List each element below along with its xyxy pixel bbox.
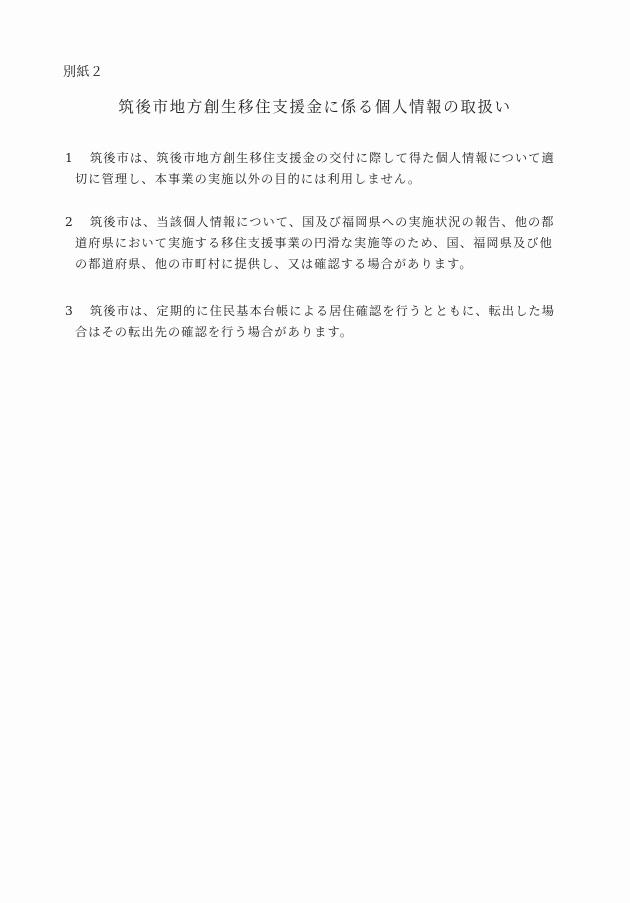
- item-line: 1筑後市は、筑後市地方創生移住支援金の交付に際して得た個人情報について適: [63, 148, 563, 169]
- item-number: 2: [63, 212, 90, 233]
- item-line: 合はその転出先の確認を行う場合があります。: [63, 322, 563, 343]
- item-text: 筑後市は、筑後市地方創生移住支援金の交付に際して得た個人情報について適: [90, 151, 555, 165]
- item-number: 3: [63, 301, 90, 322]
- item-line: 2筑後市は、当該個人情報について、国及び福岡県への実施状況の報告、他の都: [63, 212, 563, 233]
- item-line: 切に管理し、本事業の実施以外の目的には利用しません。: [63, 169, 563, 190]
- item-number: 1: [63, 148, 90, 169]
- item-line: 3筑後市は、定期的に住民基本台帳による居住確認を行うとともに、転出した場: [63, 301, 563, 322]
- list-item-3: 3筑後市は、定期的に住民基本台帳による居住確認を行うとともに、転出した場 合はそ…: [63, 301, 563, 343]
- item-text: 筑後市は、定期的に住民基本台帳による居住確認を行うとともに、転出した場: [90, 304, 555, 318]
- attachment-label: 別紙２: [63, 61, 104, 80]
- item-line: 道府県において実施する移住支援事業の円滑な実施等のため、国、福岡県及び他: [63, 233, 563, 254]
- list-item-2: 2筑後市は、当該個人情報について、国及び福岡県への実施状況の報告、他の都 道府県…: [63, 212, 563, 275]
- document-title: 筑後市地方創生移住支援金に係る個人情報の取扱い: [0, 95, 630, 117]
- item-line: の都道府県、他の市町村に提供し、又は確認する場合があります。: [63, 254, 563, 275]
- document-page: 別紙２ 筑後市地方創生移住支援金に係る個人情報の取扱い 1筑後市は、筑後市地方創…: [0, 0, 630, 903]
- item-text: 筑後市は、当該個人情報について、国及び福岡県への実施状況の報告、他の都: [90, 215, 555, 229]
- list-item-1: 1筑後市は、筑後市地方創生移住支援金の交付に際して得た個人情報について適 切に管…: [63, 148, 563, 190]
